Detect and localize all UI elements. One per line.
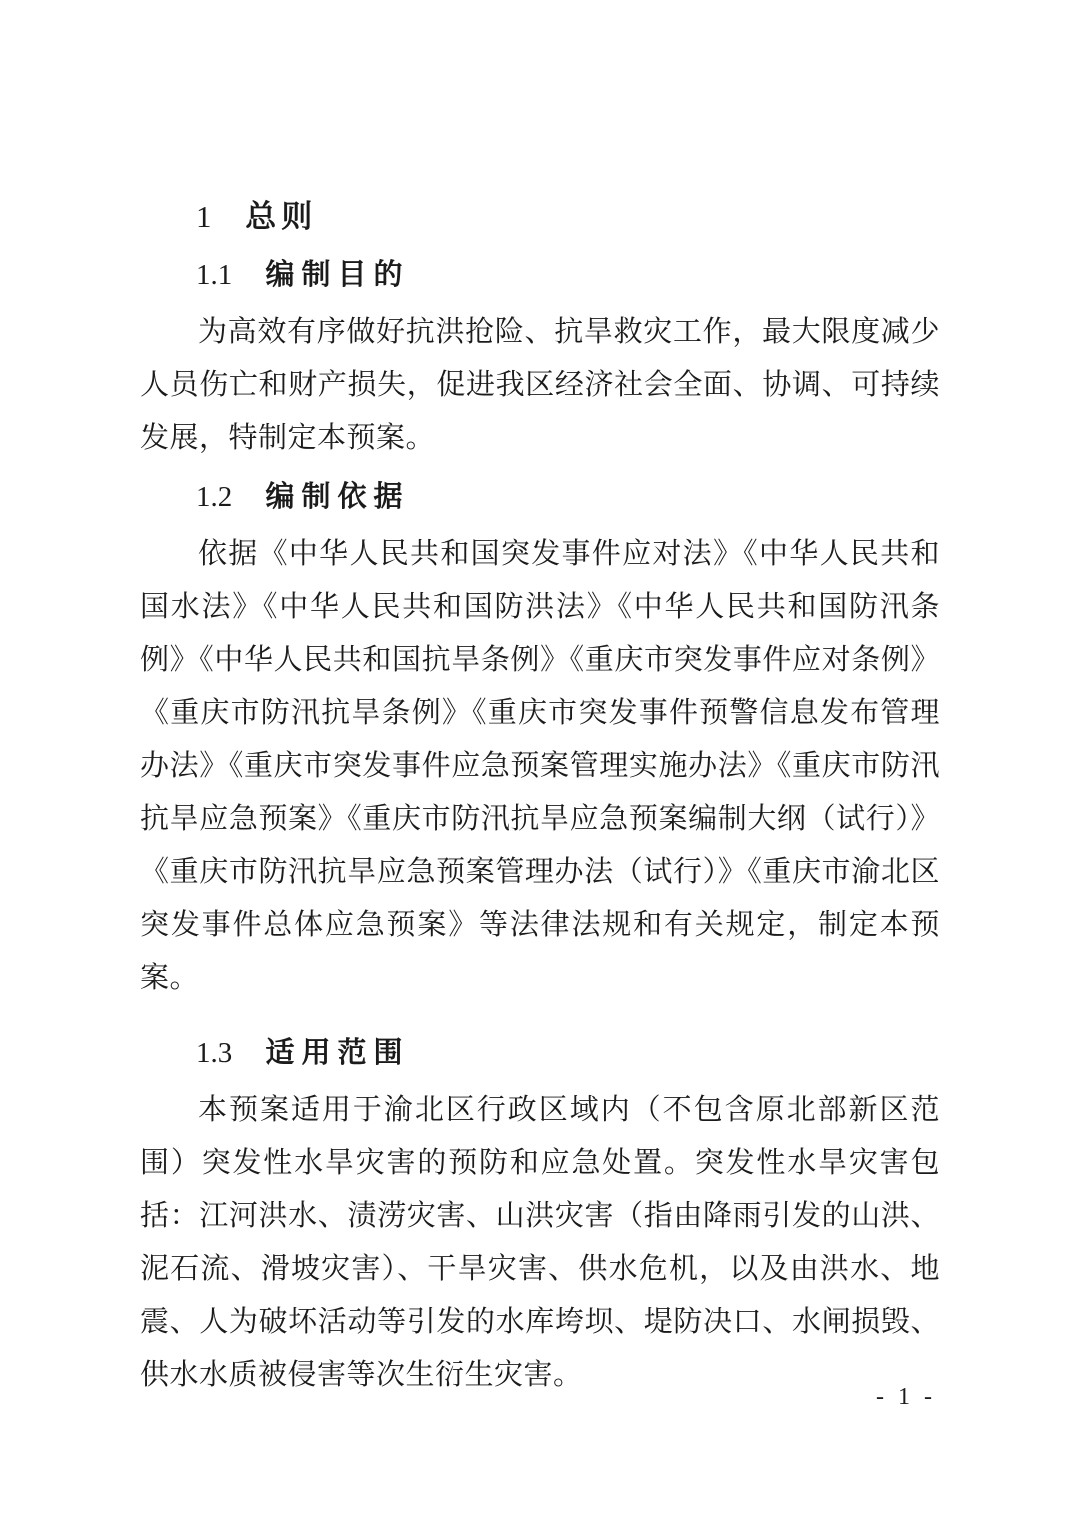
paragraph: 为高效有序做好抗洪抢险、抗旱救灾工作，最大限度减少人员伤亡和财产损失，促进我区经… bbox=[140, 306, 940, 465]
section-title: 适用范围 bbox=[266, 1037, 410, 1069]
section-1-3: 1.3 适用范围 本预案适用于渝北区行政区域内（不包含原北部新区范围）突发性水旱… bbox=[140, 1027, 940, 1402]
section-1-2: 1.2 编制依据 依据《中华人民共和国突发事件应对法》《中华人民共和国水法》《中… bbox=[140, 471, 940, 1005]
chapter-heading: 1 总则 bbox=[140, 190, 940, 243]
section-1-1: 1.1 编制目的 为高效有序做好抗洪抢险、抗旱救灾工作，最大限度减少人员伤亡和财… bbox=[140, 249, 940, 465]
section-heading: 1.2 编制依据 bbox=[140, 471, 940, 524]
chapter-number: 1 bbox=[196, 199, 212, 234]
section-number: 1.1 bbox=[196, 259, 232, 291]
section-number: 1.2 bbox=[196, 481, 232, 513]
section-title: 编制目的 bbox=[266, 259, 410, 291]
paragraph: 依据《中华人民共和国突发事件应对法》《中华人民共和国水法》《中华人民共和国防洪法… bbox=[140, 528, 940, 1005]
page-number: - 1 - bbox=[876, 1382, 936, 1412]
section-heading: 1.1 编制目的 bbox=[140, 249, 940, 302]
paragraph: 本预案适用于渝北区行政区域内（不包含原北部新区范围）突发性水旱灾害的预防和应急处… bbox=[140, 1084, 940, 1402]
section-number: 1.3 bbox=[196, 1037, 232, 1069]
chapter-title: 总则 bbox=[245, 199, 317, 234]
section-heading: 1.3 适用范围 bbox=[140, 1027, 940, 1080]
document-page: 1 总则 1.1 编制目的 为高效有序做好抗洪抢险、抗旱救灾工作，最大限度减少人… bbox=[0, 0, 1074, 1520]
section-title: 编制依据 bbox=[266, 481, 410, 513]
